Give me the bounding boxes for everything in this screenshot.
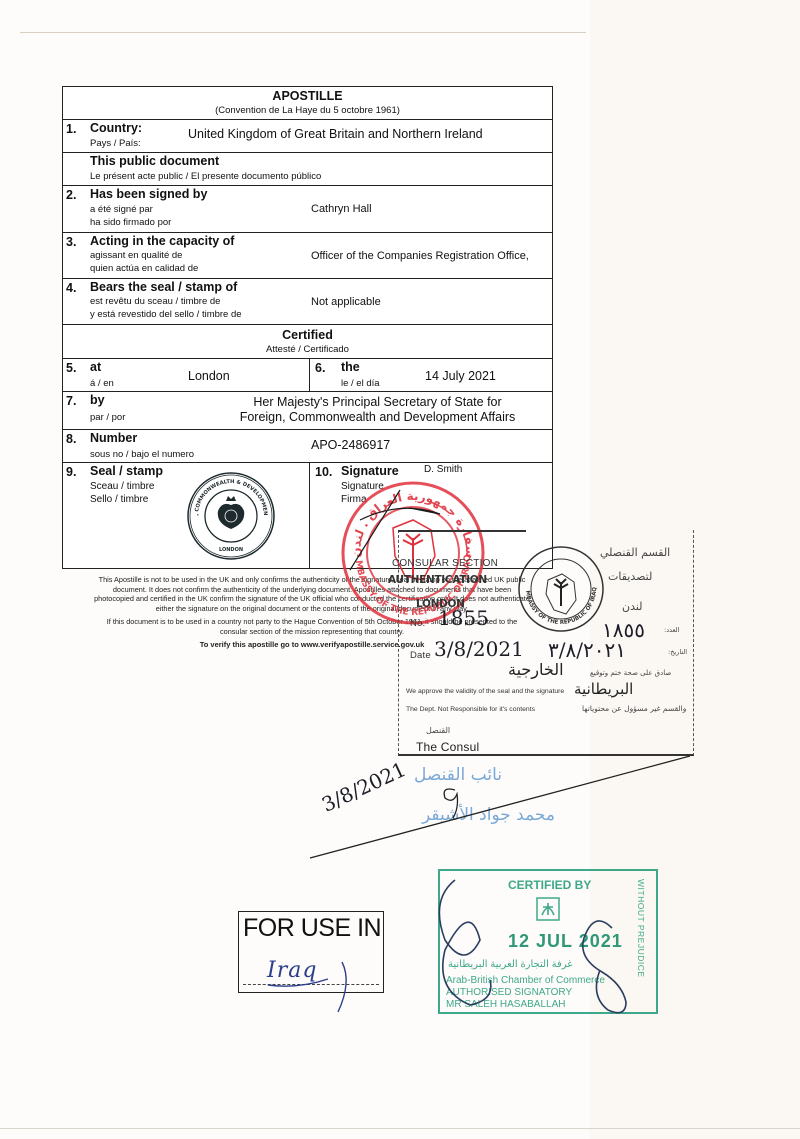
certified-by-label: CERTIFIED BY	[508, 878, 591, 892]
vice-consul-handwritten-date: 3/8/2021	[318, 757, 410, 817]
apostille-title: APOSTILLE	[63, 89, 552, 103]
svg-text:LONDON: LONDON	[219, 547, 243, 553]
destination-country: Iraq	[267, 958, 317, 983]
date-value: 14 July 2021	[425, 369, 496, 383]
authentication-label: AUTHENTICATION	[388, 574, 487, 586]
certified-header: Certified Attesté / Certificado	[63, 325, 552, 359]
page-bottom-edge	[0, 1128, 800, 1129]
chamber-of-commerce-stamp: CERTIFIED BY 12 JUL 2021 غرفة التجارة ال…	[438, 869, 658, 1014]
field-at-the: 5. at á / en London 6. the le / el día 1…	[63, 359, 552, 392]
consular-number: 1855	[438, 606, 489, 630]
chamber-name: Arab-British Chamber of Commerce	[446, 975, 605, 986]
signed-by-value: Cathryn Hall	[311, 203, 372, 215]
page-top-edge	[20, 32, 586, 33]
field-capacity: 3. Acting in the capacity of agissant en…	[63, 233, 552, 279]
seal-of-value: Not applicable	[311, 296, 381, 308]
consular-section-label: CONSULAR SECTION	[392, 558, 498, 569]
at-value: London	[188, 369, 230, 383]
chamber-stamp-date: 12 JUL 2021	[508, 931, 623, 952]
field-seal-of: 4. Bears the seal / stamp of est revêtu …	[63, 279, 552, 325]
signatory-name: MR SALEH HASABALLAH	[446, 999, 566, 1010]
not-responsible-text: The Dept. Not Responsible for it's conte…	[406, 706, 535, 713]
field-public-document: This public document Le présent acte pub…	[63, 153, 552, 186]
convention-text: (Convention de La Haye du 5 octobre 1961…	[63, 105, 552, 116]
consular-date: 3/8/2021	[434, 637, 524, 661]
field-signed-by: 2. Has been signed by a été signé par ha…	[63, 186, 552, 233]
country-value: United Kingdom of Great Britain and Nort…	[188, 127, 483, 141]
vice-consul-name: محمد جواد الأشيقر	[422, 805, 555, 825]
field-country: 1. Country: Pays / País: United Kingdom …	[63, 120, 552, 153]
handwritten-arabic-2: البريطانية	[574, 680, 633, 698]
apostille-number-value: APO-2486917	[311, 438, 390, 452]
vice-consul-title: نائب القنصل	[414, 765, 502, 785]
signature-name: D. Smith	[424, 464, 462, 475]
fcdo-seal-icon: FOREIGN, COMMONWEALTH & DEVELOPMENT OFFI…	[186, 471, 276, 561]
by-value: Her Majesty's Principal Secretary of Sta…	[203, 395, 552, 425]
field-by: 7. by par / por Her Majesty's Principal …	[63, 392, 552, 430]
for-use-in-label: FOR USE IN	[243, 914, 381, 943]
for-use-in-stamp: FOR USE IN Iraq	[238, 911, 384, 993]
capacity-value: Officer of the Companies Registration Of…	[311, 250, 529, 262]
without-prejudice-text: WITHOUT PREJUDICE	[636, 879, 646, 978]
consul-title: The Consul	[416, 740, 479, 754]
apostille-header: APOSTILLE (Convention de La Haye du 5 oc…	[63, 87, 552, 120]
embassy-seal-icon: EMBASSY OF THE REPUBLIC OF IRAQ	[516, 544, 606, 634]
consular-date-arabic: ٣/٨/٢٠٢١	[548, 638, 626, 662]
consular-authentication-stamp: CONSULAR SECTION AUTHENTICATION LONDON N…	[398, 530, 694, 760]
field-number: 8. Number sous no / bajo el numero APO-2…	[63, 430, 552, 463]
chamber-emblem-icon	[534, 895, 562, 923]
handwritten-arabic-1: الخارجية	[508, 660, 564, 679]
approve-validity-text: We approve the validity of the seal and …	[406, 688, 564, 695]
authorised-signatory: AUTHORISED SIGNATORY	[446, 987, 572, 998]
